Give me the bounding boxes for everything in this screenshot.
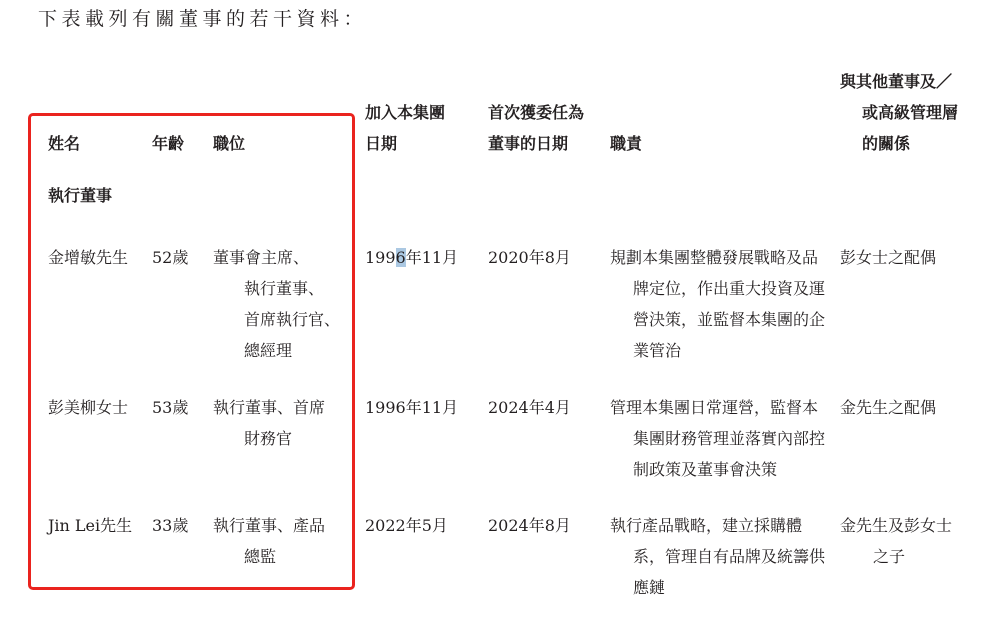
director-name: Jin Lei先生 bbox=[48, 485, 152, 603]
header-line: 首次獲委任為 bbox=[488, 97, 610, 128]
date-first-appointed: 2024年8月 bbox=[488, 485, 610, 603]
date-first-appointed: 2020年8月 bbox=[488, 211, 610, 366]
header-line: 職責 bbox=[610, 128, 840, 159]
director-relationship: 金先生之配偶 bbox=[840, 366, 1008, 485]
col-header-position: 職位 bbox=[213, 66, 365, 159]
table-row: 金增敏先生 52歲 董事會主席、 執行董事、 首席執行官、 總經理 1996年1… bbox=[48, 211, 1008, 366]
section-label-executive-directors: 執行董事 bbox=[48, 180, 1008, 211]
header-line: 日期 bbox=[365, 128, 488, 159]
table-row: Jin Lei先生 33歲 執行董事、產品 總監 2022年5月 2024年8月… bbox=[48, 485, 1008, 603]
col-header-name: 姓名 bbox=[48, 66, 152, 159]
director-age: 33歲 bbox=[152, 485, 213, 603]
director-position: 董事會主席、 執行董事、 首席執行官、 總經理 bbox=[213, 211, 365, 366]
director-relationship: 彭女士之配偶 bbox=[840, 211, 1008, 366]
director-relationship: 金先生及彭女士 之子 bbox=[840, 485, 1008, 603]
director-position: 執行董事、首席 財務官 bbox=[213, 366, 365, 485]
header-line: 年齡 bbox=[152, 128, 213, 159]
director-position: 執行董事、產品 總監 bbox=[213, 485, 365, 603]
header-line: 姓名 bbox=[48, 128, 152, 159]
document-page: 下表載列有關董事的若干資料： 姓名 年齡 職位 加入本集團 日期 bbox=[0, 0, 1008, 626]
director-age: 53歲 bbox=[152, 366, 213, 485]
col-header-duties: 職責 bbox=[610, 66, 840, 159]
header-line: 加入本集團 bbox=[365, 97, 488, 128]
col-header-age: 年齡 bbox=[152, 66, 213, 159]
directors-table: 姓名 年齡 職位 加入本集團 日期 首次獲委任為 董事的日期 職責 bbox=[48, 66, 1008, 603]
header-line: 與其他董事及／ bbox=[840, 66, 1008, 97]
date-first-appointed: 2024年4月 bbox=[488, 366, 610, 485]
header-line: 或高級管理層 bbox=[840, 97, 1008, 128]
intro-text: 下表載列有關董事的若干資料： bbox=[38, 4, 367, 31]
director-age: 52歲 bbox=[152, 211, 213, 366]
col-header-relationship: 與其他董事及／ 或高級管理層 的關係 bbox=[840, 66, 1008, 159]
date-joined-group: 1996年11月 bbox=[365, 366, 488, 485]
director-name: 彭美柳女士 bbox=[48, 366, 152, 485]
header-line: 的關係 bbox=[840, 128, 1008, 159]
section-row-executive-directors: 執行董事 bbox=[48, 159, 1008, 211]
table-row: 彭美柳女士 53歲 執行董事、首席 財務官 1996年11月 2024年4月 管… bbox=[48, 366, 1008, 485]
director-duties: 規劃本集團整體發展戰略及品 牌定位，作出重大投資及運 營決策，並監督本集團的企 … bbox=[610, 211, 840, 366]
header-line: 董事的日期 bbox=[488, 128, 610, 159]
director-duties: 執行產品戰略，建立採購體 系，管理自有品牌及統籌供 應鏈 bbox=[610, 485, 840, 603]
director-duties: 管理本集團日常運營，監督本 集團財務管理並落實內部控 制政策及董事會決策 bbox=[610, 366, 840, 485]
date-joined-group: 1996年11月 bbox=[365, 211, 488, 366]
col-header-date-joined: 加入本集團 日期 bbox=[365, 66, 488, 159]
director-name: 金增敏先生 bbox=[48, 211, 152, 366]
col-header-date-first-appointed: 首次獲委任為 董事的日期 bbox=[488, 66, 610, 159]
search-highlight: 6 bbox=[396, 248, 406, 267]
date-joined-group: 2022年5月 bbox=[365, 485, 488, 603]
table-header: 姓名 年齡 職位 加入本集團 日期 首次獲委任為 董事的日期 職責 bbox=[48, 66, 1008, 159]
header-line: 職位 bbox=[213, 128, 365, 159]
